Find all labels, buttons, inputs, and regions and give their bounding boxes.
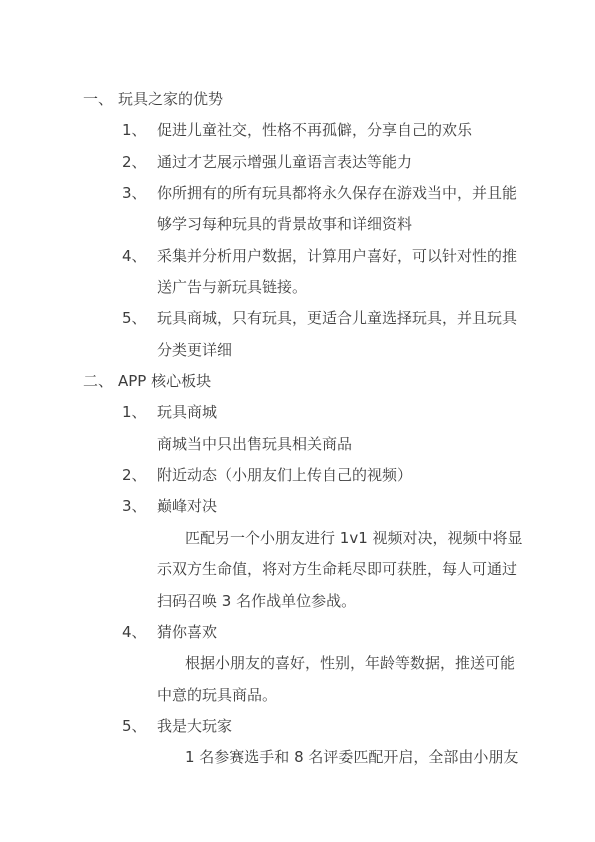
item-marker: 3、 <box>122 491 157 522</box>
paragraph-recommend-line-2: 中意的玩具商品。 <box>0 680 595 711</box>
item-marker: 1、 <box>122 397 157 428</box>
paragraph-duel-line-1: 匹配另一个小朋友进行 1v1 视频对决，视频中将显 <box>0 523 595 554</box>
item-text: 促进儿童社交，性格不再孤僻，分享自己的欢乐 <box>157 121 472 139</box>
item-text: 猜你喜欢 <box>157 623 217 641</box>
item-marker: 4、 <box>122 617 157 648</box>
item-marker: 2、 <box>122 147 157 178</box>
list-item-1-2: 2、通过才艺展示增强儿童语言表达等能力 <box>0 147 595 178</box>
item-marker: 3、 <box>122 178 157 209</box>
item-marker: 2、 <box>122 460 157 491</box>
item-marker: 1、 <box>122 115 157 146</box>
list-item-1-4-continuation: 送广告与新玩具链接。 <box>0 272 595 303</box>
item-text: 玩具商城，只有玩具，更适合儿童选择玩具，并且玩具 <box>157 309 517 327</box>
section-title: 玩具之家的优势 <box>118 90 223 108</box>
item-text: 玩具商城 <box>157 403 217 421</box>
item-marker: 5、 <box>122 711 157 742</box>
paragraph-text: 扫码召唤 3 名作战单位参战。 <box>157 592 356 610</box>
item-text: 够学习每种玩具的背景故事和详细资料 <box>157 215 412 233</box>
list-item-1-5: 5、玩具商城，只有玩具，更适合儿童选择玩具，并且玩具 <box>0 303 595 334</box>
section-marker: 二、 <box>83 366 118 397</box>
section-marker: 一、 <box>83 84 118 115</box>
list-item-2-1: 1、玩具商城 <box>0 397 595 428</box>
list-item-2-5: 5、我是大玩家 <box>0 711 595 742</box>
paragraph-text: 匹配另一个小朋友进行 1v1 视频对决，视频中将显 <box>185 529 523 547</box>
paragraph-bigplayer-line-1: 1 名参赛选手和 8 名评委匹配开启，全部由小朋友 <box>0 742 595 773</box>
section-heading-2: 二、APP 核心板块 <box>0 366 595 397</box>
paragraph-recommend-line-1: 根据小朋友的喜好，性别，年龄等数据，推送可能 <box>0 648 595 679</box>
list-item-1-3-continuation: 够学习每种玩具的背景故事和详细资料 <box>0 209 595 240</box>
paragraph-text: 示双方生命值，将对方生命耗尽即可获胜，每人可通过 <box>157 560 517 578</box>
list-item-2-3: 3、巅峰对决 <box>0 491 595 522</box>
list-item-1-3: 3、你所拥有的所有玩具都将永久保存在游戏当中，并且能 <box>0 178 595 209</box>
paragraph-text: 中意的玩具商品。 <box>157 686 277 704</box>
item-text: 采集并分析用户数据，计算用户喜好，可以针对性的推 <box>157 247 517 265</box>
item-marker: 5、 <box>122 303 157 334</box>
list-item-2-2: 2、附近动态（小朋友们上传自己的视频） <box>0 460 595 491</box>
paragraph-text: 商城当中只出售玩具相关商品 <box>157 435 352 453</box>
section-title: APP 核心板块 <box>118 372 211 390</box>
list-item-1-1: 1、促进儿童社交，性格不再孤僻，分享自己的欢乐 <box>0 115 595 146</box>
item-text: 送广告与新玩具链接。 <box>157 278 307 296</box>
paragraph-text: 1 名参赛选手和 8 名评委匹配开启，全部由小朋友 <box>185 748 518 766</box>
paragraph-duel-line-3: 扫码召唤 3 名作战单位参战。 <box>0 586 595 617</box>
paragraph-shop-note: 商城当中只出售玩具相关商品 <box>0 429 595 460</box>
list-item-2-4: 4、猜你喜欢 <box>0 617 595 648</box>
section-heading-1: 一、玩具之家的优势 <box>0 84 595 115</box>
item-text: 你所拥有的所有玩具都将永久保存在游戏当中，并且能 <box>157 184 517 202</box>
item-text: 附近动态（小朋友们上传自己的视频） <box>157 466 412 484</box>
item-text: 分类更详细 <box>157 341 232 359</box>
item-text: 巅峰对决 <box>157 497 217 515</box>
item-marker: 4、 <box>122 241 157 272</box>
paragraph-text: 根据小朋友的喜好，性别，年龄等数据，推送可能 <box>185 654 515 672</box>
document-page: 一、玩具之家的优势 1、促进儿童社交，性格不再孤僻，分享自己的欢乐 2、通过才艺… <box>0 0 595 842</box>
paragraph-duel-line-2: 示双方生命值，将对方生命耗尽即可获胜，每人可通过 <box>0 554 595 585</box>
item-text: 我是大玩家 <box>157 717 232 735</box>
item-text: 通过才艺展示增强儿童语言表达等能力 <box>157 153 412 171</box>
list-item-1-4: 4、采集并分析用户数据，计算用户喜好，可以针对性的推 <box>0 241 595 272</box>
list-item-1-5-continuation: 分类更详细 <box>0 335 595 366</box>
